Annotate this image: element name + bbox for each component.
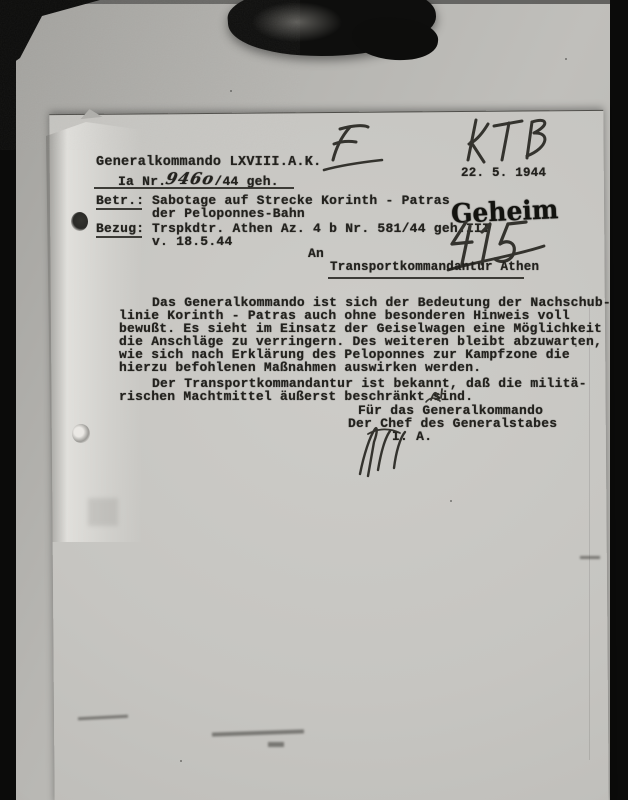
address-an: An bbox=[308, 246, 324, 261]
handwritten-ktb-mark bbox=[456, 116, 554, 168]
dust-speck bbox=[230, 90, 232, 92]
edge-mark bbox=[580, 556, 600, 559]
paper-stain bbox=[88, 498, 118, 526]
punch-hole-bottom bbox=[72, 424, 90, 443]
punch-hole-top bbox=[71, 212, 88, 231]
reference-underline bbox=[94, 187, 294, 189]
binder-clip-highlight bbox=[252, 2, 342, 42]
pencil-smudge bbox=[268, 742, 284, 747]
handwritten-correction-squiggle bbox=[424, 395, 442, 405]
page-crease bbox=[589, 300, 590, 760]
bezug-label: Bezug: bbox=[96, 221, 144, 236]
dust-speck bbox=[575, 345, 577, 347]
betr-subject-line2: der Peloponnes-Bahn bbox=[152, 206, 305, 221]
ref-number-handwritten: 946o bbox=[165, 169, 217, 188]
body-line: hierzu befohlenen Maßnahmen auswirken we… bbox=[119, 360, 481, 375]
dust-speck bbox=[450, 500, 452, 502]
betr-label: Betr.: bbox=[96, 193, 144, 208]
recipient-underline bbox=[328, 277, 524, 279]
dust-speck bbox=[565, 58, 567, 60]
handwritten-e-mark bbox=[320, 122, 390, 176]
date: 22. 5. 1944 bbox=[461, 166, 546, 180]
unit-designation: Generalkommando LXVIII.A.K. bbox=[96, 155, 322, 170]
bezug-underline bbox=[96, 236, 142, 238]
dust-speck bbox=[180, 760, 182, 762]
address-recipient: Transportkommandantur Athen bbox=[330, 260, 539, 274]
handwritten-signature bbox=[348, 424, 412, 480]
body-line: rischen Machtmittel äußerst beschränkt s… bbox=[119, 389, 473, 404]
photographed-document-scan: Generalkommando LXVIII.A.K. Ia Nr.946o/4… bbox=[0, 0, 628, 800]
bezug-reference-line2: v. 18.5.44 bbox=[152, 234, 233, 249]
betr-underline bbox=[96, 208, 142, 210]
